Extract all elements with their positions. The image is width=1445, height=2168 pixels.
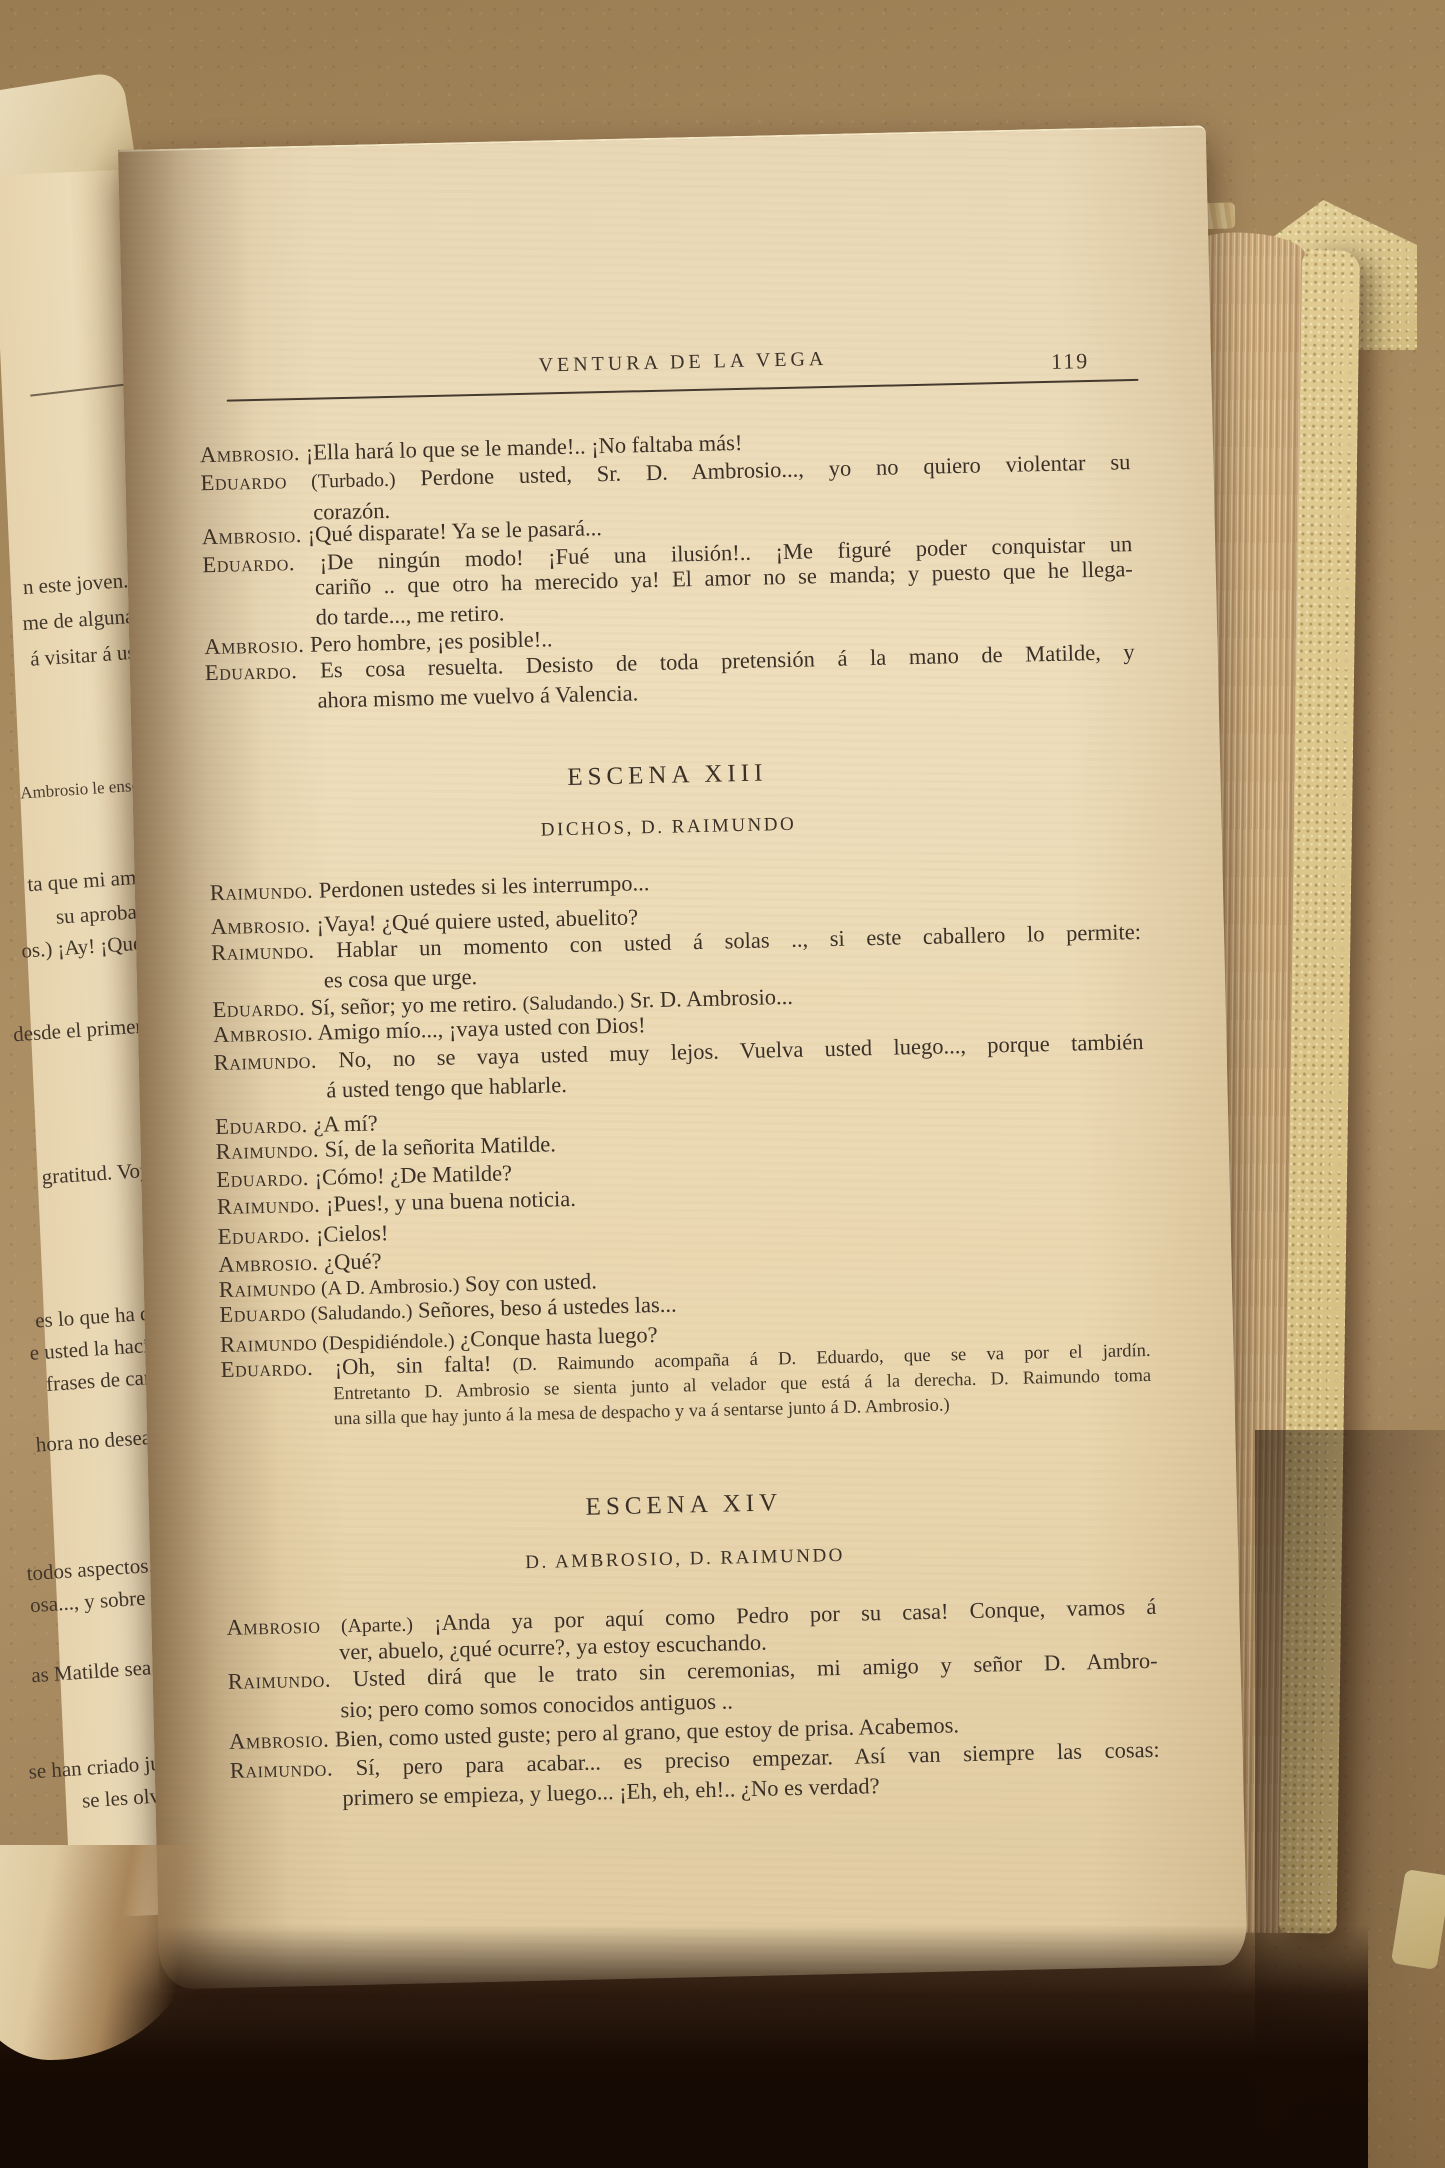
- speaker-name: Eduardo.: [216, 1165, 309, 1192]
- speaker-name: Raimundo.: [217, 1192, 321, 1219]
- speaker-name: Eduardo.: [202, 550, 295, 577]
- dialogue-text: (Saludando.): [306, 1301, 413, 1325]
- dialogue-text: ahora mismo me vuelvo á Valencia.: [317, 680, 638, 712]
- dialogue-text: ¡Qué disparate! Ya se le pasará...: [302, 515, 602, 547]
- dialogue-text: sio; pero como somos conocidos antiguos …: [340, 1688, 733, 1722]
- scene-heading: ESCENA XIV: [219, 1481, 1149, 1530]
- header-rule: [227, 379, 1139, 402]
- dialogue-text: ¿Qué?: [318, 1248, 382, 1274]
- speaker-name: Eduardo.: [205, 658, 298, 685]
- speaker-name: Ambrosio: [226, 1613, 321, 1640]
- speaker-name: Eduardo: [200, 468, 287, 495]
- scene-heading: DICHOS, D. RAIMUNDO: [203, 806, 1133, 849]
- speaker-name: Raimundo: [220, 1330, 318, 1357]
- dialogue-text: es cosa que urge.: [324, 964, 478, 992]
- dialogue-text: (A D. Ambrosio.): [316, 1275, 460, 1300]
- dialogue-layer: Ambrosio. ¡Ella hará lo que se le mande!…: [118, 127, 1206, 152]
- scene-heading: D. AMBROSIO, D. RAIMUNDO: [220, 1538, 1150, 1581]
- speaker-name: Raimundo.: [230, 1756, 334, 1783]
- dialogue-text: do tarde..., me retiro.: [315, 600, 504, 629]
- page-number: 119: [1051, 348, 1090, 375]
- speaker-name: Raimundo.: [210, 878, 314, 905]
- speaker-name: Ambrosio.: [204, 632, 305, 659]
- dialogue-text: (Turbado.): [287, 469, 396, 493]
- speaker-name: Ambrosio.: [210, 912, 311, 939]
- speaker-name: Eduardo.: [215, 1112, 308, 1139]
- dialogue-text: Sr. D. Ambrosio...: [624, 984, 793, 1013]
- speaker-name: Ambrosio.: [229, 1727, 330, 1754]
- dialogue-text: ¿A mí?: [307, 1110, 378, 1137]
- dialogue-text: Perdonen ustedes si les interrumpo...: [313, 870, 650, 903]
- speaker-name: Ambrosio.: [200, 440, 301, 467]
- dialogue-text: Soy con usted.: [459, 1268, 597, 1296]
- speaker-name: Raimundo.: [227, 1667, 331, 1694]
- speaker-name: Raimundo.: [215, 1137, 319, 1164]
- dialogue-text: ¡Cómo! ¿De Matilde?: [309, 1160, 513, 1190]
- right-page: VENTURA DE LA VEGA 119 Ambrosio. ¡Ella h…: [118, 125, 1247, 1989]
- dialogue-text: Señores, beso á ustedes las...: [412, 1292, 677, 1323]
- speaker-name: Raimundo: [219, 1275, 317, 1302]
- dialogue-text: (Aparte.): [320, 1614, 413, 1638]
- dialogue-text: (Saludando.): [522, 991, 624, 1015]
- speaker-name: Eduardo.: [212, 995, 305, 1022]
- speaker-name: Eduardo.: [220, 1355, 313, 1382]
- speaker-name: Raimundo.: [213, 1048, 317, 1075]
- dialogue-text: (Despidiéndole.): [317, 1330, 455, 1355]
- dialogue-text: Sí, de la señorita Matilde.: [319, 1131, 556, 1161]
- speaker-name: Eduardo: [219, 1300, 306, 1327]
- dialogue-text: ¡Pues!, y una buena noticia.: [320, 1186, 576, 1217]
- speaker-name: Raimundo.: [211, 938, 315, 965]
- dialogue-text: ¡Cielos!: [310, 1220, 389, 1247]
- speaker-name: Eduardo.: [217, 1222, 310, 1249]
- running-header-title: VENTURA DE LA VEGA: [523, 348, 843, 378]
- scene-heading: ESCENA XIII: [202, 751, 1132, 800]
- dialogue-text: ¡Oh, sin falta!: [313, 1350, 513, 1380]
- photo-open-book: n este joven. Porme de alguna as-á visit…: [0, 0, 1445, 2168]
- speaker-name: Ambrosio.: [202, 522, 303, 549]
- speaker-name: Ambrosio.: [213, 1020, 314, 1047]
- book-cover-bottom-corner: [1391, 1869, 1445, 1970]
- speaker-name: Ambrosio.: [218, 1250, 319, 1277]
- dialogue-text: á usted tengo que hablarle.: [326, 1072, 567, 1102]
